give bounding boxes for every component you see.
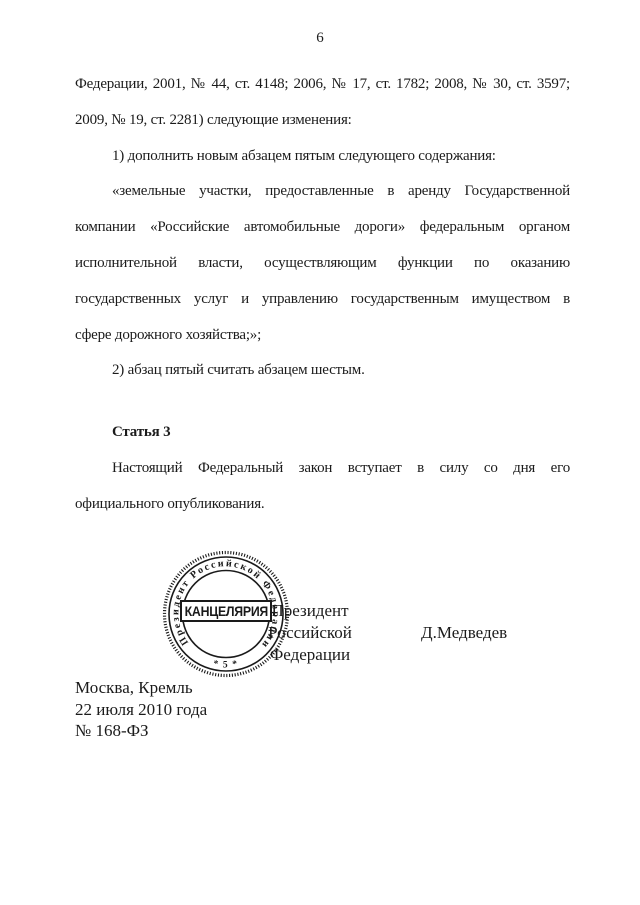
footer-number-line: № 168-ФЗ	[75, 720, 207, 742]
document-line: 2009, № 19, ст. 2281) следующие изменени…	[75, 103, 570, 139]
document-line: Настоящий Федеральный закон вступает в с…	[75, 451, 570, 487]
document-line: 1) дополнить новым абзацем пятым следующ…	[75, 139, 570, 175]
signer-name: Д.Медведев	[421, 622, 507, 644]
document-body: Федерации, 2001, № 44, ст. 4148; 2006, №…	[75, 67, 570, 523]
footer-block: Москва, Кремль 22 июля 2010 года № 168-Ф…	[75, 677, 207, 742]
document-line: «земельные участки, предоставленные в ар…	[75, 174, 570, 210]
document-page: 6 Федерации, 2001, № 44, ст. 4148; 2006,…	[0, 0, 640, 905]
document-line: Статья 3	[75, 415, 570, 451]
page-number: 6	[0, 30, 640, 47]
chancellery-stamp-text: КАНЦЕЛЯРИЯ	[184, 603, 267, 619]
document-line: государственных услуг и управлению госуд…	[75, 282, 570, 318]
document-line: официального опубликования.	[75, 487, 570, 523]
chancellery-stamp-label: КАНЦЕЛЯРИЯ	[180, 600, 272, 622]
document-line: сфере дорожного хозяйства;»;	[75, 318, 570, 354]
document-line: 2) абзац пятый считать абзацем шестым.	[75, 353, 570, 389]
document-line: компании «Российские автомобильные дорог…	[75, 210, 570, 246]
document-line: исполнительной власти, осуществляющим фу…	[75, 246, 570, 282]
document-line: Федерации, 2001, № 44, ст. 4148; 2006, №…	[75, 67, 570, 103]
seal-bottom-text: * 5 *	[212, 659, 239, 670]
footer-date-line: 22 июля 2010 года	[75, 699, 207, 721]
